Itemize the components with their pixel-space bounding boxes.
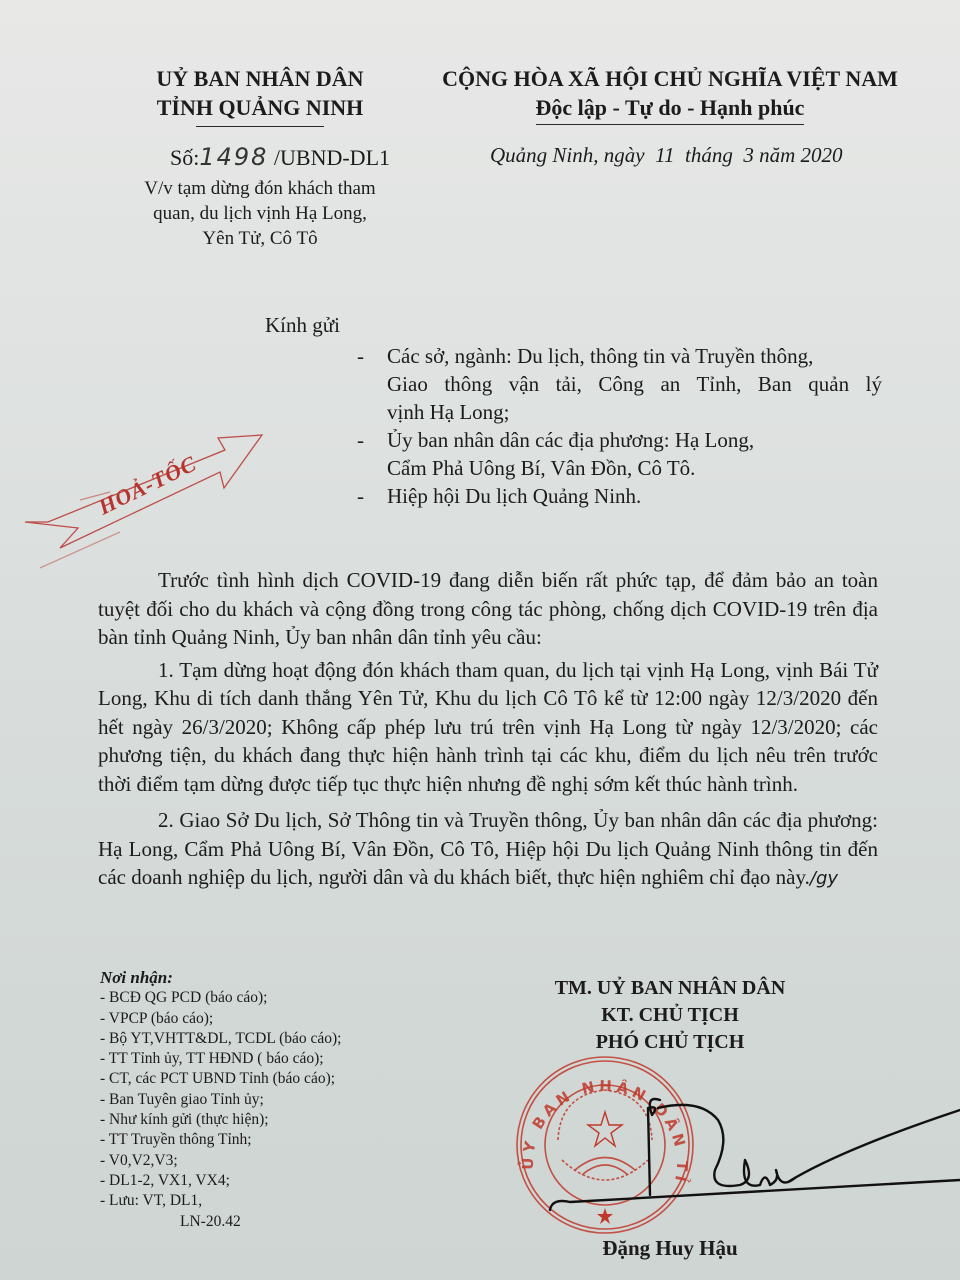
- urgent-arrow-stamp: HOẢ-TỐC: [0, 420, 300, 580]
- recipients-title: Nơi nhận:: [100, 968, 420, 988]
- dash: -: [357, 426, 364, 454]
- recipient-item: - Bộ YT,VHTT&DL, TCDL (báo cáo);: [100, 1029, 420, 1049]
- intro-paragraph: Trước tình hình dịch COVID-19 đang diễn …: [98, 566, 878, 652]
- recipient-item: - V0,V2,V3;: [100, 1151, 420, 1171]
- handwritten-signature: [540, 1090, 960, 1240]
- country-title: CỘNG HÒA XÃ HỘI CHỦ NGHĨA VIỆT NAM: [420, 64, 920, 93]
- addressee-line: Ủy ban nhân dân các địa phương: Hạ Long,: [387, 426, 882, 454]
- header-underline: [196, 126, 324, 127]
- document-number: Số:1498 /UBND-DL1: [130, 143, 430, 171]
- addressee-list: - Các sở, ngành: Du lịch, thông tin và T…: [357, 342, 882, 510]
- national-header: CỘNG HÒA XÃ HỘI CHỦ NGHĨA VIỆT NAM Độc l…: [420, 64, 920, 125]
- recipient-item: - Lưu: VT, DL1,: [100, 1191, 420, 1211]
- addressee-item: - Hiệp hội Du lịch Quảng Ninh.: [357, 482, 882, 510]
- addressee-line: Giao thông vận tải, Công an Tỉnh, Ban qu…: [387, 370, 882, 398]
- subject-line: quan, du lịch vịnh Hạ Long,: [110, 201, 410, 226]
- recipient-item: - TT Tỉnh ủy, TT HĐND ( báo cáo);: [100, 1049, 420, 1069]
- document-subject: V/v tạm dừng đón khách tham quan, du lịc…: [110, 176, 410, 251]
- archive-code: LN-20.42: [100, 1212, 420, 1232]
- doc-number-suffix: /UBND-DL1: [274, 145, 390, 170]
- addressee-item: - Ủy ban nhân dân các địa phương: Hạ Lon…: [357, 426, 882, 482]
- recipient-item: - Ban Tuyên giao Tỉnh ủy;: [100, 1090, 420, 1110]
- addressee-line: Cẩm Phả Uông Bí, Vân Đồn, Cô Tô.: [387, 454, 882, 482]
- addressee-line: Các sở, ngành: Du lịch, thông tin và Tru…: [387, 342, 882, 370]
- point-2-text: 2. Giao Sở Du lịch, Sở Thông tin và Truy…: [98, 808, 878, 889]
- place-date: Quảng Ninh, ngày 11 tháng 3 năm 2020: [490, 143, 910, 168]
- initials-mark: /gy: [810, 868, 838, 889]
- greeting: Kính gửi: [265, 313, 340, 338]
- urgent-label: HOẢ-TỐC: [93, 451, 200, 520]
- subject-line: Yên Tử, Cô Tô: [110, 226, 410, 251]
- issuing-agency: UỶ BAN NHÂN DÂN TỈNH QUẢNG NINH: [110, 64, 410, 127]
- subject-line: V/v tạm dừng đón khách tham: [110, 176, 410, 201]
- recipient-item: - DL1-2, VX1, VX4;: [100, 1171, 420, 1191]
- recipient-item: - VPCP (báo cáo);: [100, 1009, 420, 1029]
- addressee-line: vịnh Hạ Long;: [387, 398, 882, 426]
- doc-number-handwritten: 1498: [199, 143, 268, 171]
- addressee-item: - Các sở, ngành: Du lịch, thông tin và T…: [357, 342, 882, 426]
- signature-line: KT. CHỦ TỊCH: [500, 1002, 840, 1029]
- point-2: 2. Giao Sở Du lịch, Sở Thông tin và Truy…: [98, 806, 878, 894]
- recipient-item: - BCĐ QG PCD (báo cáo);: [100, 988, 420, 1008]
- signature-title: TM. UỶ BAN NHÂN DÂN KT. CHỦ TỊCH PHÓ CHỦ…: [500, 975, 840, 1056]
- agency-line-1: UỶ BAN NHÂN DÂN: [110, 64, 410, 93]
- recipient-item: - TT Truyền thông Tỉnh;: [100, 1130, 420, 1150]
- doc-number-prefix: Số:: [170, 145, 199, 170]
- recipients-list: Nơi nhận: - BCĐ QG PCD (báo cáo);- VPCP …: [100, 968, 420, 1232]
- document-body: Trước tình hình dịch COVID-19 đang diễn …: [98, 566, 878, 894]
- signer-name: Đặng Huy Hậu: [500, 1236, 840, 1261]
- point-1: 1. Tạm dừng hoạt động đón khách tham qua…: [98, 656, 878, 799]
- recipient-item: - Như kính gửi (thực hiện);: [100, 1110, 420, 1130]
- dash: -: [357, 342, 364, 370]
- national-motto: Độc lập - Tự do - Hạnh phúc: [536, 93, 805, 125]
- signature-line: TM. UỶ BAN NHÂN DÂN: [500, 975, 840, 1002]
- recipient-item: - CT, các PCT UBND Tỉnh (báo cáo);: [100, 1069, 420, 1089]
- dash: -: [357, 482, 364, 510]
- agency-line-2: TỈNH QUẢNG NINH: [110, 93, 410, 122]
- addressee-line: Hiệp hội Du lịch Quảng Ninh.: [387, 482, 882, 510]
